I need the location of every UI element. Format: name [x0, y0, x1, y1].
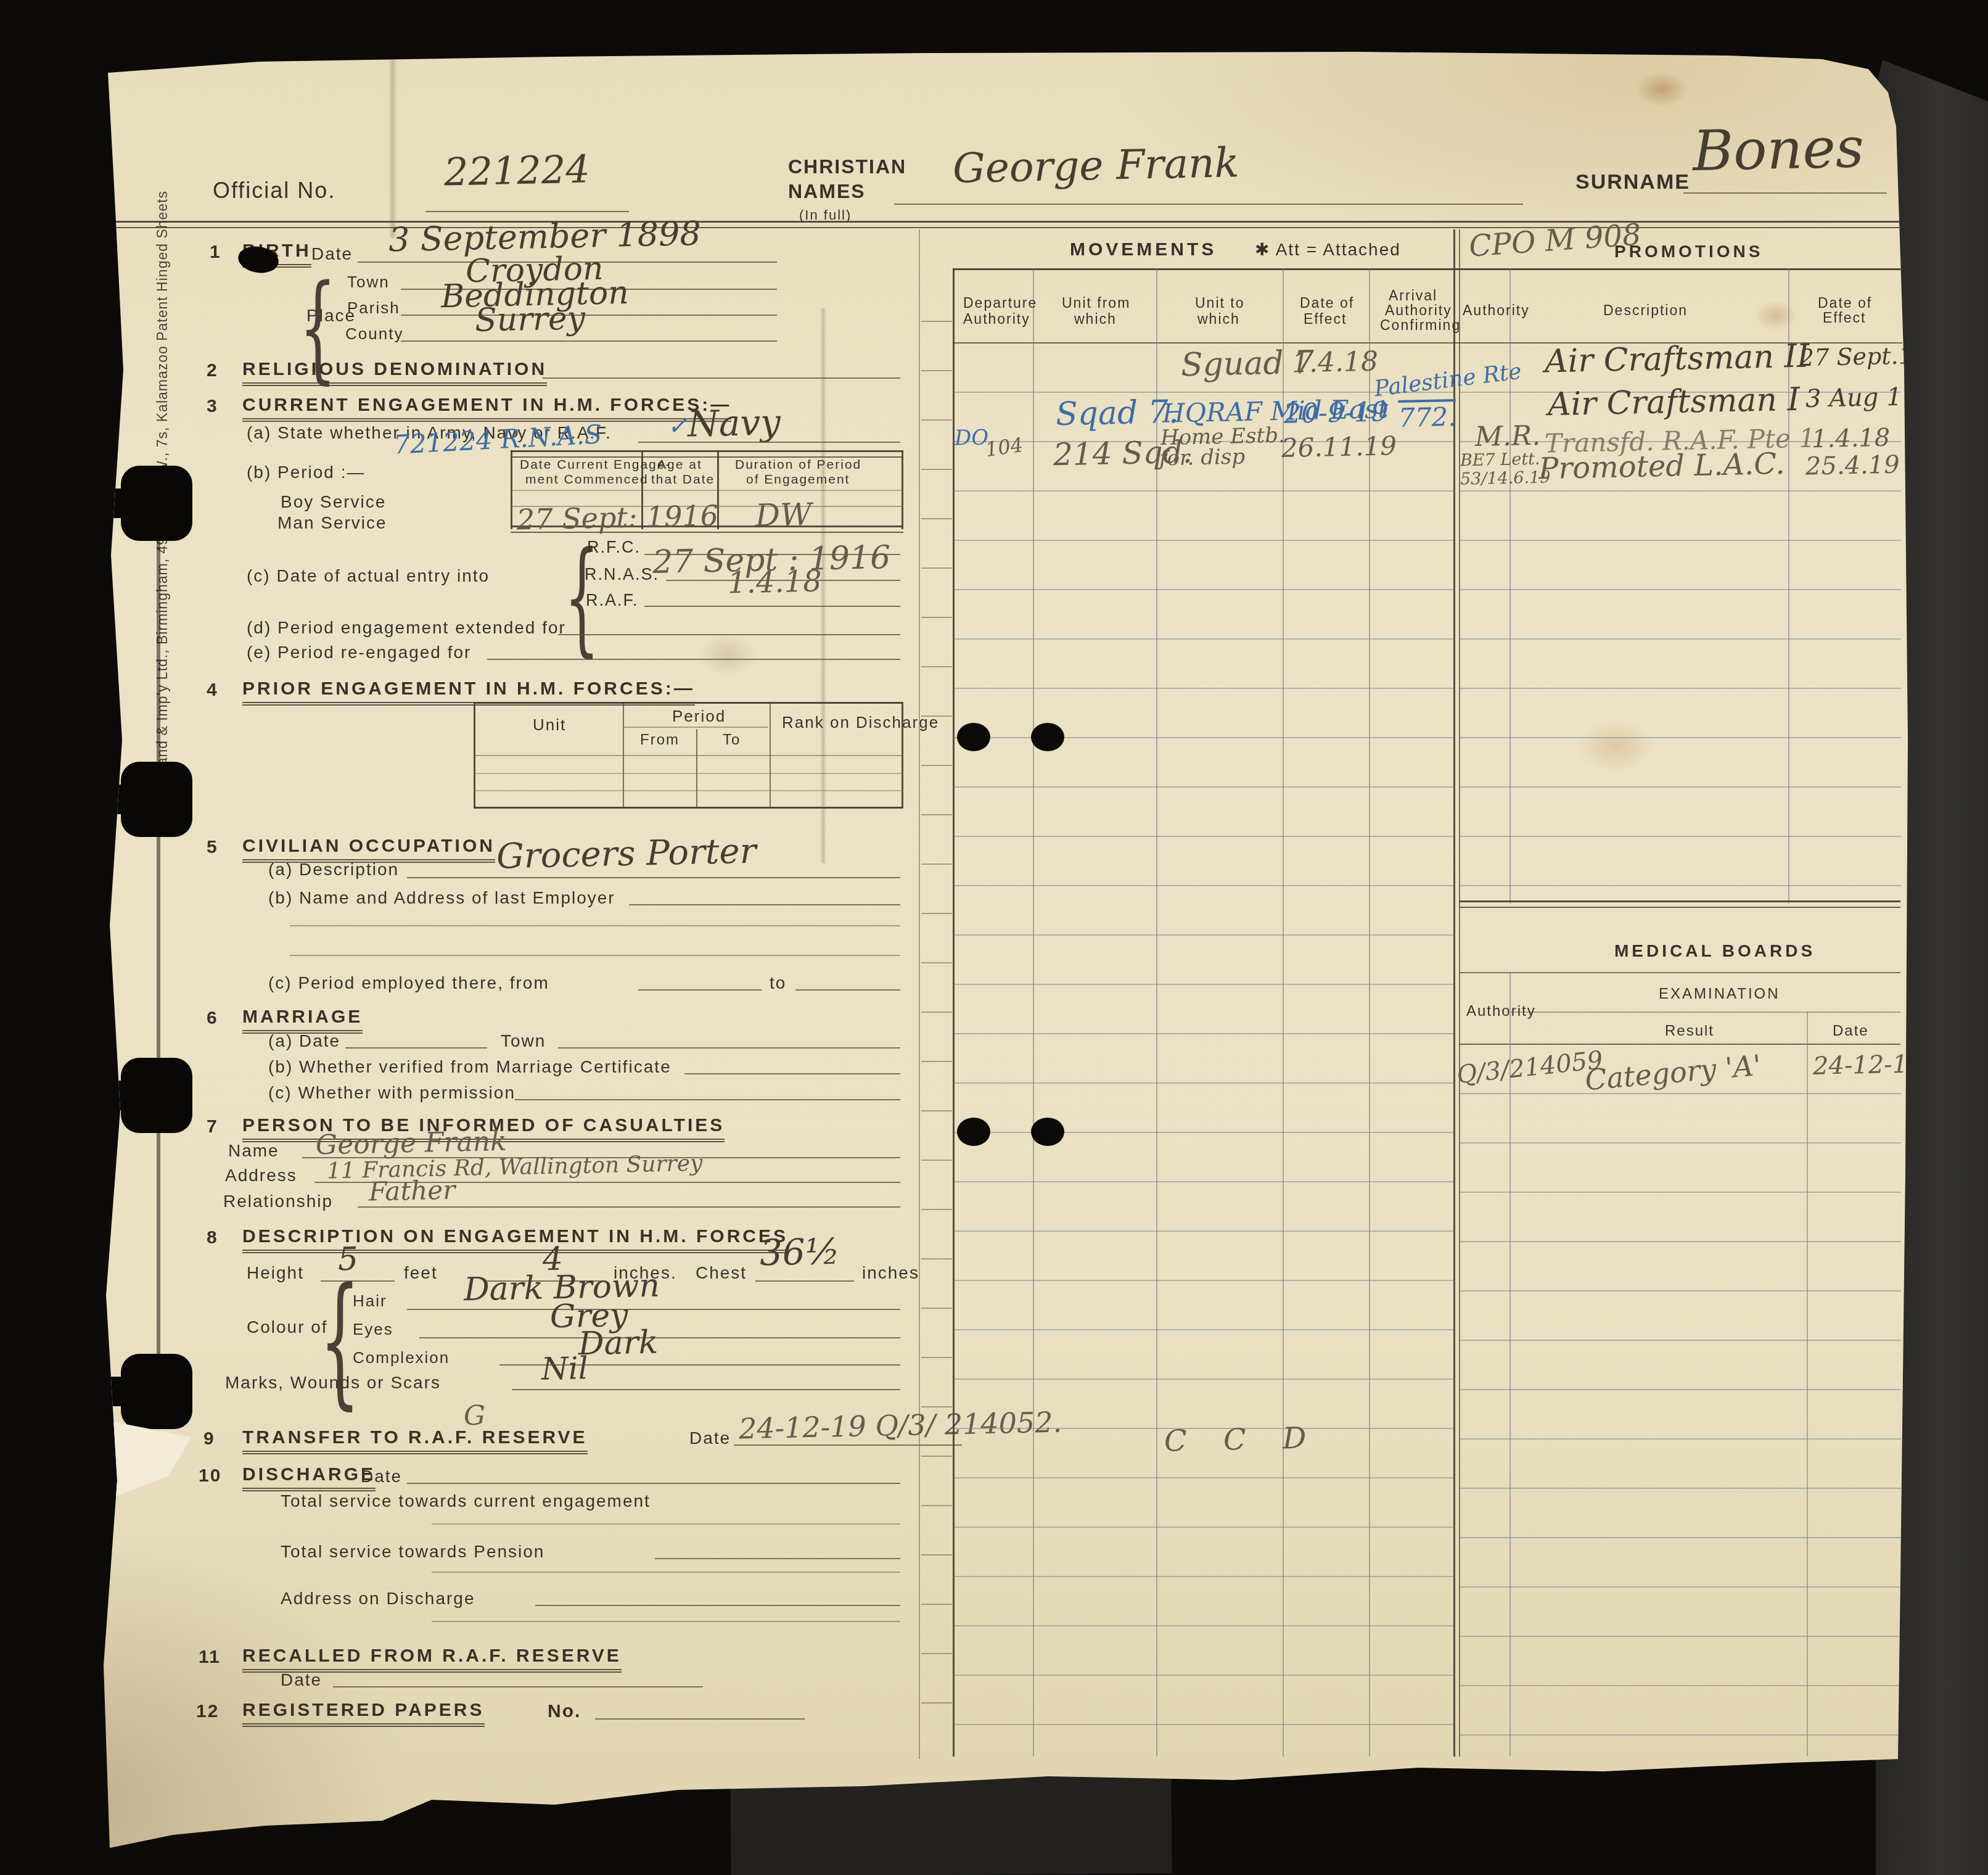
promotion-row1-desc: Air Craftsman II: [1544, 338, 1810, 381]
surname-value: Bones: [1692, 115, 1865, 184]
check-mark: ✓: [667, 412, 688, 441]
binder-slot: [121, 1354, 192, 1429]
s6-title: MARRIAGE: [242, 1007, 363, 1034]
binder-slot: [121, 1058, 192, 1133]
promotions-title: PROMOTIONS: [1614, 242, 1763, 262]
s9-title: TRANSFER TO R.A.F. RESERVE: [242, 1427, 588, 1454]
s1-number: 1: [210, 242, 221, 263]
movements-title: MOVEMENTS: [1070, 239, 1217, 260]
christian-names-value: George Frank: [952, 139, 1239, 192]
s10-title: DISCHARGE: [242, 1464, 376, 1491]
ccd-note: C C D: [1164, 1420, 1320, 1458]
movements-att-note: ✱ Att = Attached: [1255, 239, 1401, 260]
scanned-service-record: Morland & Imp'y Ltd., Birmingham, 49633,…: [0, 0, 1988, 1875]
complexion-value: Dark: [578, 1324, 658, 1363]
ink-dot: [1031, 1118, 1064, 1146]
casualty-relationship: Father: [369, 1175, 456, 1207]
promotion-row4-date: 25.4.19: [1805, 450, 1900, 480]
man-service-duration: DW: [755, 497, 812, 534]
promotion-row4-auth-b: 53/14.6.19: [1460, 468, 1551, 488]
promotion-row4-auth-a: BE7 Lett.: [1460, 450, 1540, 471]
promotion-row2-date: 3 Aug 17: [1805, 382, 1918, 413]
birth-county-value: Surrey: [474, 300, 585, 339]
official-no-label: Official No.: [213, 178, 335, 204]
record-sheet: Morland & Imp'y Ltd., Birmingham, 49633,…: [0, 0, 1988, 1875]
medical-row-lines: [1460, 1093, 1901, 1756]
movement-row2-date: 20-9-19: [1283, 396, 1389, 430]
stub-line-column: [921, 321, 952, 1752]
movement-row1-date: 1.4.18: [1291, 346, 1378, 379]
s11-title: RECALLED FROM R.A.F. RESERVE: [242, 1646, 622, 1673]
surname-label: SURNAME: [1575, 170, 1690, 194]
ink-dot: [957, 1118, 990, 1146]
christian-names-label: CHRISTIAN: [788, 155, 906, 178]
s2-title: RELIGIOUS DENOMINATION: [242, 359, 547, 386]
s5-title: CIVILIAN OCCUPATION: [242, 836, 495, 863]
promotion-row3-date: 1.4.18: [1812, 424, 1891, 454]
panel-divider: [919, 229, 920, 1759]
medical-row-result: Category 'A': [1583, 1049, 1762, 1097]
promotion-row3-auth: M.R.: [1474, 420, 1540, 453]
medical-exam-label: EXAMINATION: [1659, 986, 1780, 1003]
colour-brace: {: [319, 1258, 360, 1423]
binder-slot: [121, 466, 192, 541]
medical-row-authority: Q/3/214059: [1455, 1046, 1604, 1090]
marks-value: Nil: [541, 1350, 588, 1387]
chest-value: 36½: [759, 1230, 840, 1274]
man-service-date: 27 Sept: 1916: [516, 499, 718, 537]
medical-title: MEDICAL BOARDS: [1614, 941, 1815, 961]
ink-dot: [1031, 723, 1064, 751]
ink-dot: [957, 723, 990, 751]
s8-title: DESCRIPTION ON ENGAGEMENT IN H.M. FORCES: [242, 1226, 788, 1253]
movements-row-lines: [953, 392, 1453, 1756]
binder-slot: [121, 762, 192, 837]
g-reserve-note: G: [463, 1400, 485, 1432]
s3-title: CURRENT ENGAGEMENT IN H.M. FORCES:—: [242, 395, 731, 422]
official-no-value: 221224: [443, 147, 590, 195]
force-value: Navy: [687, 401, 781, 445]
movement-row3-unit-to-b: for. disp: [1159, 445, 1246, 471]
s12-title: REGISTERED PAPERS: [242, 1700, 485, 1727]
occupation-value: Grocers Porter: [496, 831, 757, 877]
paper-crease: [388, 53, 397, 238]
official-no-line: [425, 211, 629, 212]
promotion-row2-desc: Air Craftsman I: [1547, 381, 1800, 424]
raf-entry-date: 1.4.18: [727, 564, 822, 600]
arrival-note-line2: 772.: [1398, 402, 1456, 433]
movement-row3-date: 26.11.19: [1281, 431, 1397, 463]
promotion-row4-desc: Promoted L.A.C.: [1538, 447, 1785, 486]
binder-channel: [157, 500, 160, 1400]
